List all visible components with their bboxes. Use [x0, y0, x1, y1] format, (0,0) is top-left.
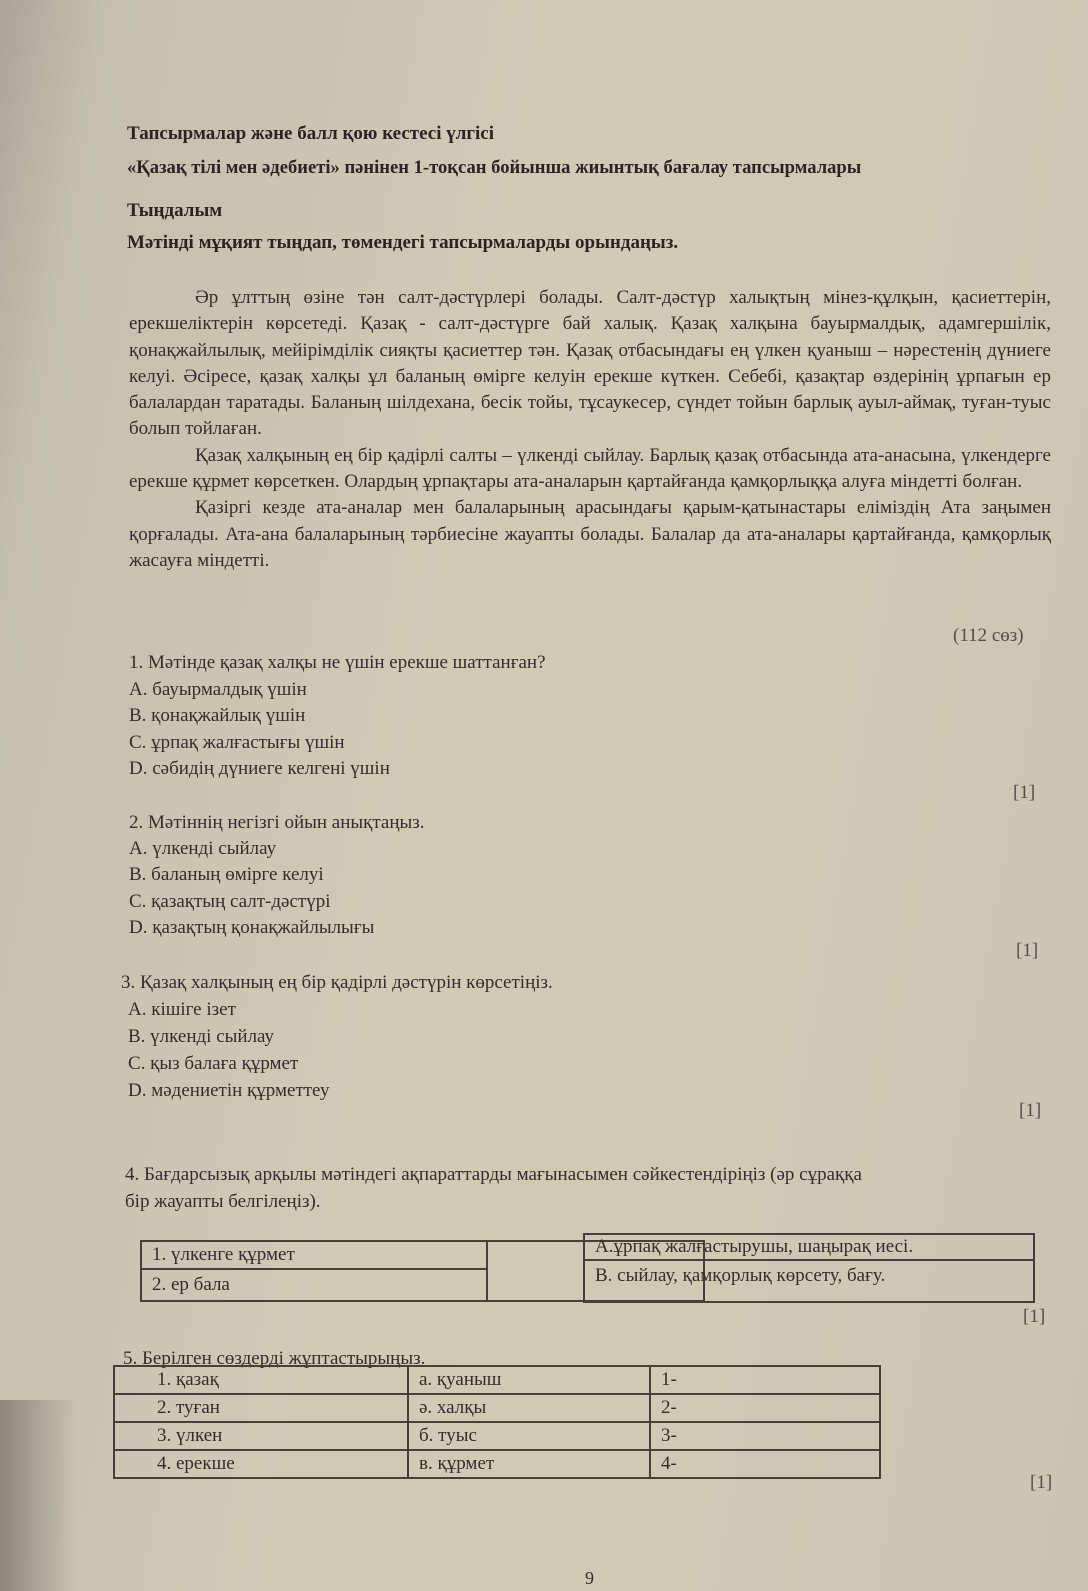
match-right-item-a: A.ұрпақ жалғастырушы, шаңырақ иесі. [584, 1234, 1034, 1260]
question-3-prompt: 3. Қазақ халқының ең бір қадірлі дәстүрі… [121, 970, 553, 996]
header-title: Тапсырмалар және балл қою кестесі үлгісі [127, 123, 494, 145]
pair-cell: ә. халқы [408, 1394, 650, 1422]
pair-cell: в. құрмет [408, 1450, 650, 1478]
text-paragraph-2: Қазақ халқының ең бір қадірлі салты – үл… [129, 443, 1051, 496]
answer-cell[interactable]: 4- [650, 1450, 880, 1478]
word-count: (112 сөз) [953, 625, 1024, 647]
question-4-mark: [1] [1023, 1306, 1045, 1328]
word-cell: 1. қазақ [114, 1366, 408, 1394]
question-2-option-a[interactable]: A. үлкенді сыйлау [129, 836, 276, 863]
section-title: Тыңдалым [127, 200, 222, 222]
word-cell: 2. туған [114, 1394, 408, 1422]
section-instruction: Мәтінді мұқият тыңдап, төмендегі тапсырм… [127, 232, 678, 254]
question-4-right-table: A.ұрпақ жалғастырушы, шаңырақ иесі. B. с… [583, 1233, 1035, 1303]
text-paragraph-3: Қазіргі кезде ата-аналар мен балаларының… [129, 495, 1051, 574]
question-4-prompt-line2: бір жауапты белгілеңіз). [125, 1189, 321, 1215]
answer-cell[interactable]: 2- [650, 1394, 880, 1422]
pair-cell: б. туыс [408, 1422, 650, 1450]
question-2-option-d[interactable]: D. қазақтың қонақжайлылығы [129, 915, 374, 942]
question-3-option-b[interactable]: B. үлкенді сыйлау [128, 1024, 274, 1051]
match-right-item-b: B. сыйлау, қамқорлық көрсету, бағу. [584, 1260, 1034, 1302]
question-3-option-c[interactable]: C. қыз балаға құрмет [128, 1051, 298, 1078]
table-row: 4. ерекше в. құрмет 4- [114, 1450, 880, 1478]
question-3-mark: [1] [1019, 1100, 1041, 1122]
question-1-option-c[interactable]: C. ұрпақ жалғастығы үшін [129, 730, 345, 757]
question-2-prompt: 2. Мәтіннің негізгі ойын анықтаңыз. [129, 810, 425, 836]
page-number: 9 [585, 1568, 594, 1589]
question-2-option-b[interactable]: B. баланың өмірге келуі [129, 862, 324, 889]
worksheet-page: Тапсырмалар және балл қою кестесі үлгісі… [0, 0, 1088, 1591]
match-left-item-1: 1. үлкенге құрмет [141, 1241, 487, 1269]
question-1-option-b[interactable]: B. қонақжайлық үшін [129, 703, 305, 730]
text-paragraph-1: Әр ұлттың өзіне тән салт-дәстүрлері бола… [129, 285, 1051, 443]
question-1-mark: [1] [1013, 782, 1035, 804]
match-left-item-2: 2. ер бала [141, 1269, 487, 1301]
answer-cell[interactable]: 3- [650, 1422, 880, 1450]
question-2-option-c[interactable]: C. қазақтың салт-дәстүрі [129, 889, 331, 916]
pair-cell: а. қуаныш [408, 1366, 650, 1394]
question-4-prompt-line1: 4. Бағдарсызық арқылы мәтіндегі ақпаратт… [125, 1162, 862, 1188]
answer-cell[interactable]: 1- [650, 1366, 880, 1394]
listening-text: Әр ұлттың өзіне тән салт-дәстүрлері бола… [129, 285, 1051, 574]
question-5-mark: [1] [1030, 1472, 1052, 1494]
table-row: 2. туған ә. халқы 2- [114, 1394, 880, 1422]
word-cell: 4. ерекше [114, 1450, 408, 1478]
word-cell: 3. үлкен [114, 1422, 408, 1450]
table-row: 1. қазақ а. қуаныш 1- [114, 1366, 880, 1394]
header-subtitle: «Қазақ тілі мен әдебиеті» пәнінен 1-тоқс… [127, 157, 861, 179]
question-1-option-a[interactable]: A. бауырмалдық үшін [129, 677, 307, 704]
question-3-option-d[interactable]: D. мәдениетін құрметтеу [128, 1078, 330, 1105]
question-2-mark: [1] [1016, 940, 1038, 962]
question-1-option-d[interactable]: D. сәбидің дүниеге келгені үшін [129, 756, 390, 783]
table-row: 3. үлкен б. туыс 3- [114, 1422, 880, 1450]
question-3-option-a[interactable]: A. кішіге ізет [128, 997, 236, 1024]
question-1-prompt: 1. Мәтінде қазақ халқы не үшін ерекше ша… [129, 650, 546, 676]
question-5-table: 1. қазақ а. қуаныш 1- 2. туған ә. халқы … [113, 1365, 881, 1479]
